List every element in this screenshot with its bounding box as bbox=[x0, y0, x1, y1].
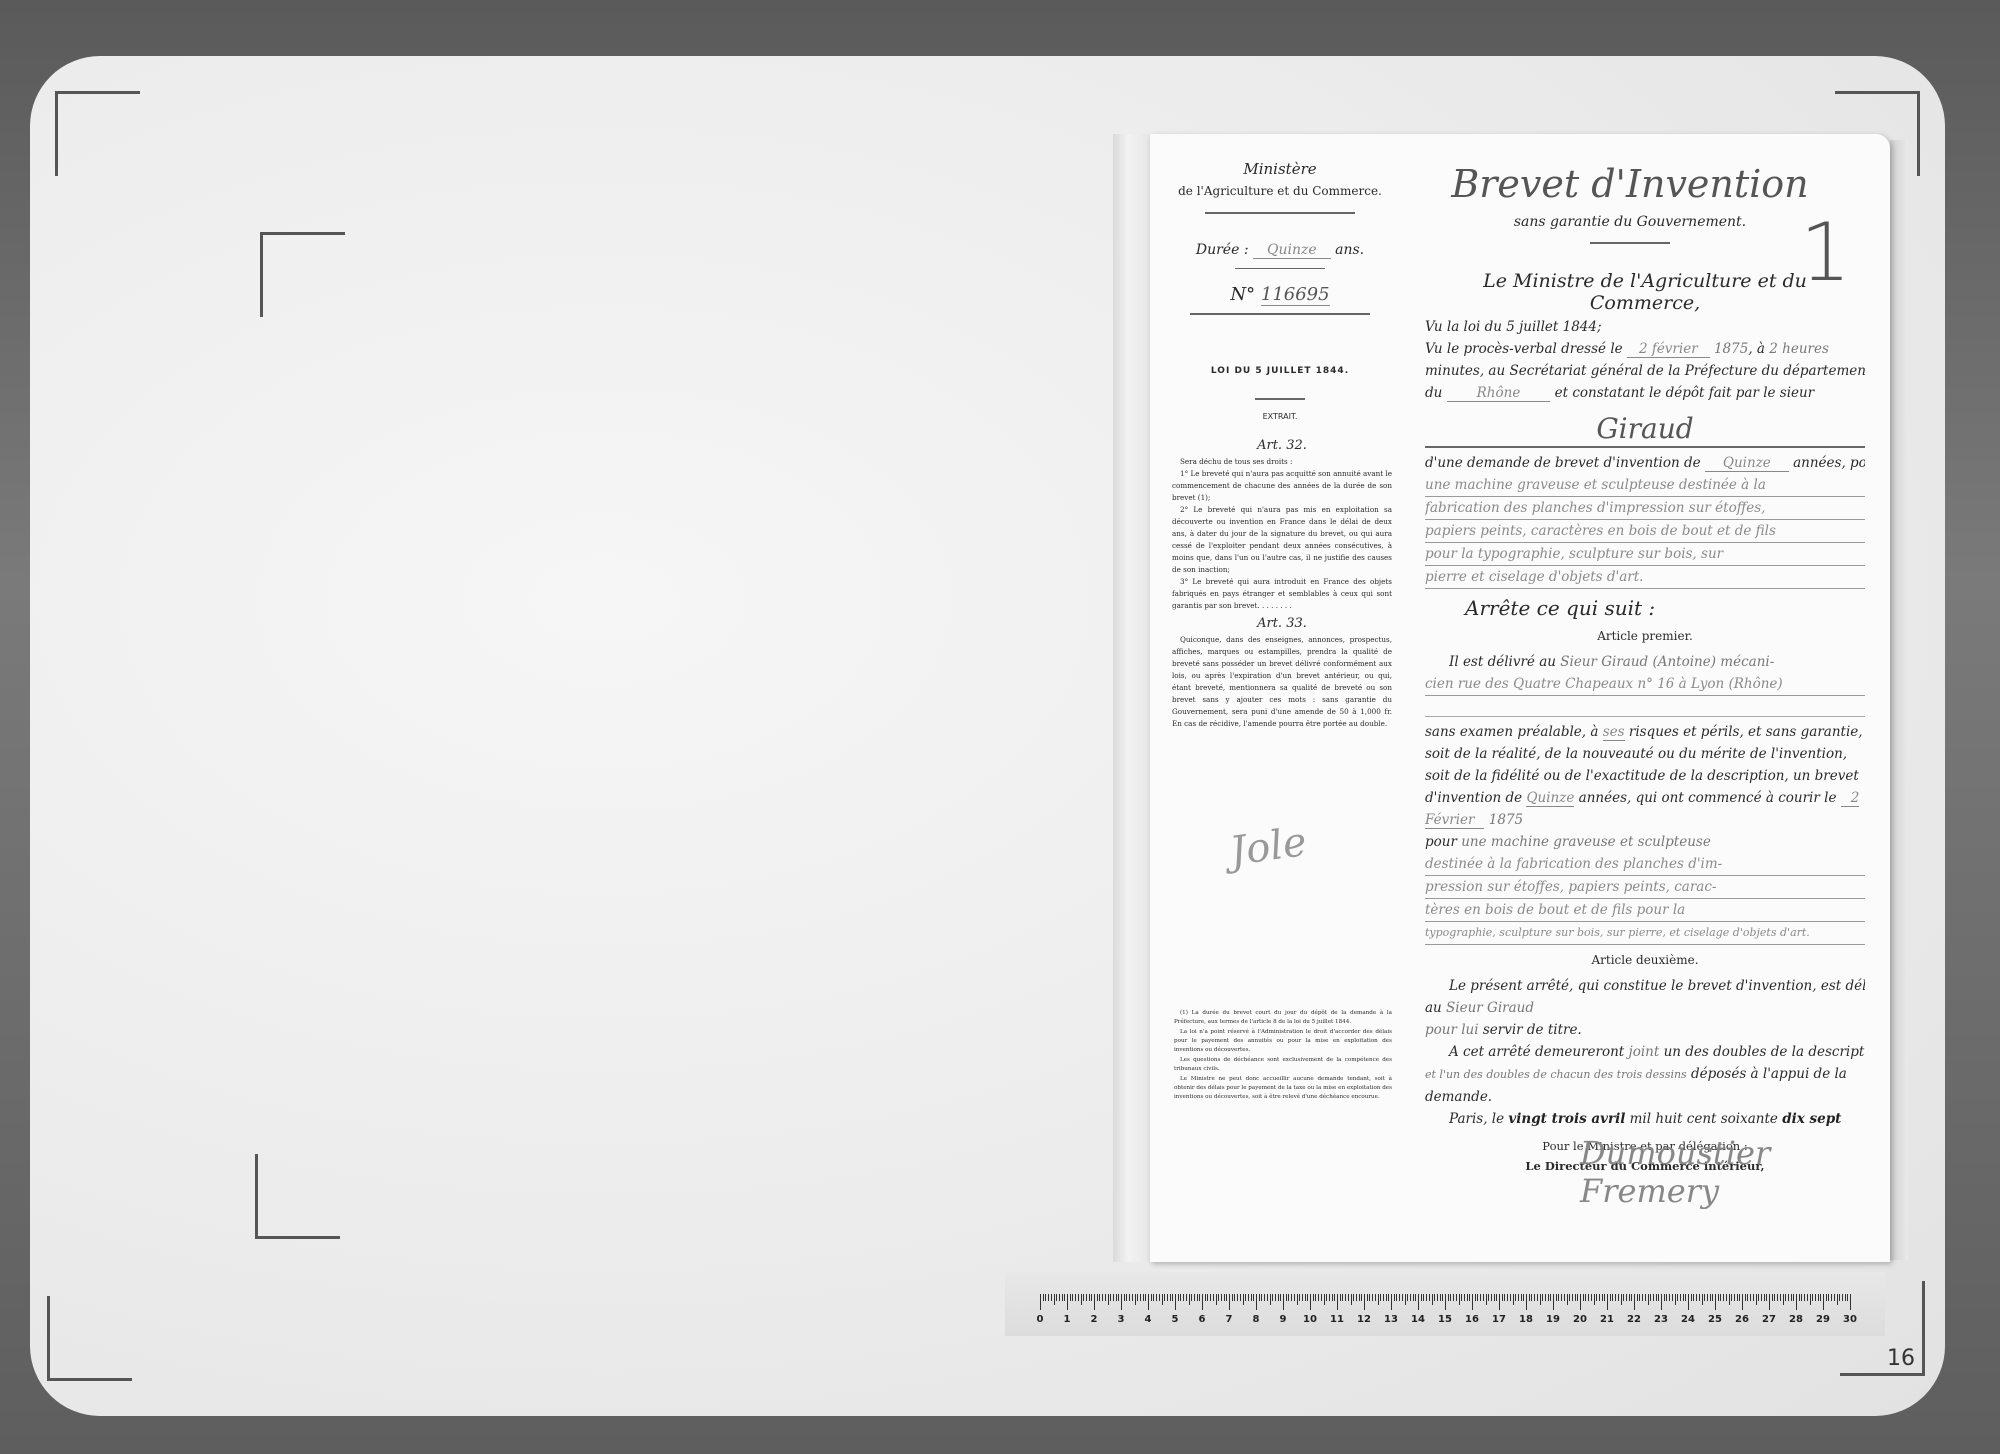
ruler-tick bbox=[1837, 1294, 1838, 1305]
beneficiary-line: Sieur Giraud (Antoine) mécani- bbox=[1560, 654, 1774, 670]
ruler-tick bbox=[1137, 1294, 1138, 1301]
ruler-tick bbox=[1118, 1294, 1119, 1301]
ruler-tick bbox=[1696, 1294, 1697, 1301]
ruler-tick bbox=[1745, 1294, 1746, 1301]
patent-number: 116695 bbox=[1261, 284, 1330, 306]
ruler-tick bbox=[1418, 1294, 1419, 1310]
ruler-tick bbox=[1637, 1294, 1638, 1301]
invention-line: papiers peints, caractères en bois de bo… bbox=[1425, 520, 1865, 543]
ruler-tick bbox=[1710, 1294, 1711, 1301]
ruler-tick bbox=[1496, 1294, 1497, 1301]
ruler-tick bbox=[1216, 1294, 1217, 1305]
ruler-tick bbox=[1720, 1294, 1721, 1301]
ruler-tick bbox=[1143, 1294, 1144, 1301]
ruler-label: 27 bbox=[1762, 1314, 1776, 1325]
ruler-tick bbox=[1548, 1294, 1549, 1301]
ruler-tick bbox=[1280, 1294, 1281, 1301]
ruler-tick bbox=[1342, 1294, 1343, 1301]
ruler-tick bbox=[1629, 1294, 1630, 1301]
ruler-tick bbox=[1726, 1294, 1727, 1301]
ruler-tick bbox=[1305, 1294, 1306, 1301]
ruler-tick bbox=[1097, 1294, 1098, 1301]
ruler-tick bbox=[1329, 1294, 1330, 1301]
ruler-tick bbox=[1791, 1294, 1792, 1301]
ruler-tick bbox=[1675, 1294, 1676, 1305]
divider bbox=[1255, 398, 1305, 400]
crop-mark-inner-top-left bbox=[260, 232, 345, 317]
depositor-name: Giraud bbox=[1425, 412, 1865, 448]
ruler-tick bbox=[1818, 1294, 1819, 1301]
ruler-tick bbox=[1567, 1294, 1568, 1305]
ruler-label: 9 bbox=[1280, 1314, 1287, 1325]
ruler-tick bbox=[1251, 1294, 1252, 1301]
ruler-label: 20 bbox=[1573, 1314, 1587, 1325]
ruler-tick bbox=[1413, 1294, 1414, 1301]
text: déposés à l'appui de la bbox=[1691, 1066, 1847, 1082]
ruler-tick bbox=[1324, 1294, 1325, 1305]
director-signature: Dumoustier Fremery bbox=[1580, 1134, 1890, 1210]
ruler-tick bbox=[1550, 1294, 1551, 1301]
ruler-label: 7 bbox=[1226, 1314, 1233, 1325]
ruler-tick bbox=[1515, 1294, 1516, 1301]
ruler-tick bbox=[1367, 1294, 1368, 1301]
demande-duration: Quinze bbox=[1705, 455, 1789, 472]
footnotes: (1) La durée du brevet court du jour du … bbox=[1174, 1009, 1392, 1103]
ruler-tick bbox=[1175, 1294, 1176, 1310]
ruler-tick bbox=[1831, 1294, 1832, 1301]
ruler-tick bbox=[1807, 1294, 1808, 1301]
blank-line bbox=[1425, 696, 1865, 717]
ruler-tick bbox=[1205, 1294, 1206, 1301]
text: pour bbox=[1425, 834, 1457, 850]
filing-year: 1875 bbox=[1714, 341, 1748, 357]
ruler-label: 15 bbox=[1438, 1314, 1452, 1325]
ruler-tick bbox=[1121, 1294, 1122, 1310]
ruler-tick bbox=[1253, 1294, 1254, 1301]
ruler-tick bbox=[1715, 1294, 1716, 1310]
ruler-tick bbox=[1756, 1294, 1757, 1305]
ruler-tick bbox=[1407, 1294, 1408, 1301]
ruler-tick bbox=[1102, 1294, 1103, 1301]
date-day: vingt trois avril bbox=[1508, 1111, 1625, 1127]
ruler-tick bbox=[1526, 1294, 1527, 1310]
text: joint bbox=[1629, 1044, 1660, 1060]
binding-spine bbox=[1113, 134, 1153, 1262]
ruler-tick bbox=[1302, 1294, 1303, 1301]
ruler-tick bbox=[1531, 1294, 1532, 1301]
crop-mark-bottom-left bbox=[47, 1296, 132, 1381]
ruler-tick bbox=[1672, 1294, 1673, 1301]
duration-label: Durée : bbox=[1196, 242, 1249, 258]
text: Paris, le bbox=[1449, 1111, 1504, 1127]
ruler-tick bbox=[1307, 1294, 1308, 1301]
ruler-tick bbox=[1261, 1294, 1262, 1301]
ruler-tick bbox=[1064, 1294, 1065, 1301]
divider bbox=[1205, 212, 1355, 214]
ruler-tick bbox=[1140, 1294, 1141, 1301]
footnote: Le Ministre ne peut donc accueillir aucu… bbox=[1174, 1075, 1392, 1102]
ruler-tick bbox=[1810, 1294, 1811, 1305]
ruler-label: 25 bbox=[1708, 1314, 1722, 1325]
ruler-label: 18 bbox=[1519, 1314, 1533, 1325]
ruler-tick bbox=[1615, 1294, 1616, 1301]
department-line: du Rhône et constatant le dépôt fait par… bbox=[1425, 382, 1865, 404]
ruler-tick bbox=[1048, 1294, 1049, 1301]
ruler-tick bbox=[1631, 1294, 1632, 1301]
ruler-label: 26 bbox=[1735, 1314, 1749, 1325]
ruler-tick bbox=[1642, 1294, 1643, 1301]
ruler-tick bbox=[1297, 1294, 1298, 1305]
ruler-tick bbox=[1202, 1294, 1203, 1310]
ruler-tick bbox=[1078, 1294, 1079, 1301]
ruler-tick bbox=[1372, 1294, 1373, 1301]
ruler-tick bbox=[1299, 1294, 1300, 1301]
ruler-tick bbox=[1621, 1294, 1622, 1305]
arrete-heading: Arrête ce qui suit : bbox=[1465, 597, 1865, 619]
extract-label: EXTRAIT. bbox=[1170, 408, 1390, 421]
ruler-tick bbox=[1364, 1294, 1365, 1310]
ruler-tick bbox=[1510, 1294, 1511, 1301]
ruler-tick bbox=[1683, 1294, 1684, 1301]
ruler-tick bbox=[1396, 1294, 1397, 1301]
ruler-label: 30 bbox=[1843, 1314, 1857, 1325]
vu-line2: minutes, au Secrétariat général de la Pr… bbox=[1425, 360, 1865, 382]
ruler-tick bbox=[1704, 1294, 1705, 1301]
minister-heading: Le Ministre de l'Agriculture et du Comme… bbox=[1425, 270, 1865, 314]
crop-mark-inner-bottom-left bbox=[255, 1154, 340, 1239]
ruler-tick bbox=[1386, 1294, 1387, 1301]
ruler-tick bbox=[1712, 1294, 1713, 1301]
duration-unit: ans. bbox=[1335, 242, 1364, 258]
date-line: Paris, le vingt trois avril mil huit cen… bbox=[1425, 1108, 1865, 1130]
art32-para: 3° Le breveté qui aura introduit en Fran… bbox=[1172, 576, 1392, 612]
ruler-tick bbox=[1170, 1294, 1171, 1301]
document-subtitle: sans garantie du Gouvernement. bbox=[1410, 214, 1850, 244]
risques-owner: ses bbox=[1603, 724, 1625, 741]
ruler-tick bbox=[1383, 1294, 1384, 1301]
ruler-tick bbox=[1375, 1294, 1376, 1301]
article1-invention: tères en bois de bout et de fils pour la bbox=[1425, 899, 1865, 922]
ruler-tick bbox=[1099, 1294, 1100, 1301]
divider bbox=[1190, 313, 1370, 315]
ruler-tick bbox=[1742, 1294, 1743, 1310]
ruler-tick bbox=[1523, 1294, 1524, 1301]
ruler-tick bbox=[1785, 1294, 1786, 1301]
crop-mark-top-left bbox=[55, 91, 140, 176]
ruler-tick bbox=[1764, 1294, 1765, 1301]
ruler-tick bbox=[1477, 1294, 1478, 1301]
filing-hour: 2 heures bbox=[1769, 341, 1829, 357]
ruler-tick bbox=[1718, 1294, 1719, 1301]
ruler-tick bbox=[1594, 1294, 1595, 1305]
ruler-tick bbox=[1542, 1294, 1543, 1301]
art32-para: 1° Le breveté qui n'aura pas acquitté so… bbox=[1172, 468, 1392, 504]
ruler-tick bbox=[1334, 1294, 1335, 1301]
subtitle-text: sans garantie du Gouvernement. bbox=[1514, 214, 1746, 230]
ruler-tick bbox=[1780, 1294, 1781, 1301]
ruler-tick bbox=[1313, 1294, 1314, 1301]
ruler-tick bbox=[1135, 1294, 1136, 1305]
ruler-tick bbox=[1488, 1294, 1489, 1301]
ruler-tick bbox=[1569, 1294, 1570, 1301]
ruler-tick bbox=[1507, 1294, 1508, 1301]
ruler-tick bbox=[1159, 1294, 1160, 1301]
ruler-tick bbox=[1226, 1294, 1227, 1301]
ruler-tick bbox=[1105, 1294, 1106, 1301]
beneficiary-line: cien rue des Quatre Chapeaux n° 16 à Lyo… bbox=[1425, 673, 1865, 696]
ruler-tick bbox=[1240, 1294, 1241, 1301]
ruler-tick bbox=[1132, 1294, 1133, 1301]
ruler-tick bbox=[1070, 1294, 1071, 1301]
ruler-tick bbox=[1645, 1294, 1646, 1301]
ruler-tick bbox=[1218, 1294, 1219, 1301]
ruler-tick bbox=[1197, 1294, 1198, 1301]
ruler-tick bbox=[1558, 1294, 1559, 1301]
ruler-tick bbox=[1483, 1294, 1484, 1301]
ruler-tick bbox=[1591, 1294, 1592, 1301]
ruler-tick bbox=[1793, 1294, 1794, 1301]
ruler-tick bbox=[1537, 1294, 1538, 1301]
ruler-tick bbox=[1847, 1294, 1848, 1301]
ruler-tick bbox=[1259, 1294, 1260, 1301]
ruler-tick bbox=[1361, 1294, 1362, 1301]
ministry-title: Ministère bbox=[1170, 160, 1390, 178]
text: Il est délivré au bbox=[1449, 654, 1556, 670]
ruler-tick bbox=[1072, 1294, 1073, 1301]
annex-handwritten: et l'un des doubles de chacun des trois … bbox=[1425, 1068, 1687, 1081]
ruler-tick bbox=[1045, 1294, 1046, 1301]
ruler-tick bbox=[1731, 1294, 1732, 1301]
ruler-tick bbox=[1340, 1294, 1341, 1301]
ruler-tick bbox=[1788, 1294, 1789, 1301]
ruler-tick bbox=[1248, 1294, 1249, 1301]
invention-line: pour la typographie, sculpture sur bois,… bbox=[1425, 543, 1865, 566]
ruler-label: 2 bbox=[1091, 1314, 1098, 1325]
ruler-tick bbox=[1842, 1294, 1843, 1301]
ruler-tick bbox=[1145, 1294, 1146, 1301]
ruler-tick bbox=[1310, 1294, 1311, 1310]
article1-pour: pour une machine graveuse et sculpteuse bbox=[1425, 831, 1865, 853]
ruler-tick bbox=[1126, 1294, 1127, 1301]
ruler-tick bbox=[1243, 1294, 1244, 1305]
ruler-tick bbox=[1677, 1294, 1678, 1301]
ruler-label: 21 bbox=[1600, 1314, 1614, 1325]
ruler-tick bbox=[1040, 1294, 1041, 1310]
page-number-mark: 16 bbox=[1887, 1346, 1915, 1371]
ruler-tick bbox=[1423, 1294, 1424, 1301]
text: années, qui ont commencé à courir le bbox=[1579, 790, 1837, 806]
ruler-tick bbox=[1504, 1294, 1505, 1301]
ruler-tick bbox=[1491, 1294, 1492, 1301]
article2-body: Le présent arrêté, qui constitue le brev… bbox=[1425, 975, 1865, 997]
ruler-tick bbox=[1769, 1294, 1770, 1310]
ruler-tick bbox=[1602, 1294, 1603, 1301]
ruler-tick bbox=[1267, 1294, 1268, 1301]
footnote: La loi n'a point réservé à l'Administrat… bbox=[1174, 1028, 1392, 1055]
ruler-tick bbox=[1815, 1294, 1816, 1301]
ruler-tick bbox=[1194, 1294, 1195, 1301]
ruler-tick bbox=[1693, 1294, 1694, 1301]
ruler-tick bbox=[1399, 1294, 1400, 1301]
ruler-tick bbox=[1405, 1294, 1406, 1305]
ruler-tick bbox=[1110, 1294, 1111, 1301]
ruler-tick bbox=[1804, 1294, 1805, 1301]
ruler-tick bbox=[1224, 1294, 1225, 1301]
ruler-tick bbox=[1221, 1294, 1222, 1301]
ruler-tick bbox=[1178, 1294, 1179, 1301]
ruler-tick bbox=[1820, 1294, 1821, 1301]
start-year: 1875 bbox=[1489, 812, 1523, 828]
ruler-tick bbox=[1545, 1294, 1546, 1301]
ruler-tick bbox=[1564, 1294, 1565, 1301]
ruler-tick bbox=[1737, 1294, 1738, 1301]
date-year: dix sept bbox=[1782, 1111, 1841, 1127]
ruler-tick bbox=[1153, 1294, 1154, 1301]
ruler-tick bbox=[1729, 1294, 1730, 1305]
article-1-title: Article premier. bbox=[1425, 625, 1865, 647]
vu-loi: Vu la loi du 5 juillet 1844; bbox=[1425, 316, 1865, 338]
ruler-tick bbox=[1845, 1294, 1846, 1301]
ruler-tick bbox=[1796, 1294, 1797, 1310]
ruler-tick bbox=[1680, 1294, 1681, 1301]
article1-duration: Quinze bbox=[1526, 790, 1574, 807]
ruler-tick bbox=[1043, 1294, 1044, 1301]
vu-proces-verbal: Vu le procès-verbal dressé le 2 février … bbox=[1425, 338, 1865, 360]
ruler-tick bbox=[1648, 1294, 1649, 1305]
ruler-tick bbox=[1599, 1294, 1600, 1301]
ruler-tick bbox=[1151, 1294, 1152, 1301]
ruler-tick bbox=[1199, 1294, 1200, 1301]
ruler-tick bbox=[1702, 1294, 1703, 1305]
ruler-tick bbox=[1639, 1294, 1640, 1301]
text: du bbox=[1425, 385, 1442, 401]
ruler-tick bbox=[1604, 1294, 1605, 1301]
ruler-tick bbox=[1685, 1294, 1686, 1301]
text: Vu le procès-verbal dressé le bbox=[1425, 341, 1623, 357]
art32-para: 2° Le breveté qui n'aura pas mis en expl… bbox=[1172, 504, 1392, 576]
article1-invention: typographie, sculpture sur bois, sur pie… bbox=[1425, 922, 1865, 945]
ruler-tick bbox=[1124, 1294, 1125, 1301]
text: mil huit cent soixante bbox=[1630, 1111, 1778, 1127]
article1-invention: une machine graveuse et sculpteuse bbox=[1461, 834, 1711, 850]
ruler-tick bbox=[1747, 1294, 1748, 1301]
ruler-tick bbox=[1691, 1294, 1692, 1301]
ruler-tick bbox=[1234, 1294, 1235, 1301]
department-value: Rhône bbox=[1447, 385, 1551, 402]
ruler-tick bbox=[1183, 1294, 1184, 1301]
text: un des doubles de la description bbox=[1664, 1044, 1865, 1060]
ruler-tick bbox=[1437, 1294, 1438, 1301]
ruler-tick bbox=[1540, 1294, 1541, 1305]
ruler-label: 5 bbox=[1172, 1314, 1179, 1325]
ruler-tick bbox=[1129, 1294, 1130, 1301]
ruler-label: 6 bbox=[1199, 1314, 1206, 1325]
ruler-tick bbox=[1148, 1294, 1149, 1310]
ruler-tick bbox=[1772, 1294, 1773, 1301]
ruler-tick bbox=[1588, 1294, 1589, 1301]
ruler-tick bbox=[1723, 1294, 1724, 1301]
ruler-tick bbox=[1083, 1294, 1084, 1301]
ruler-tick bbox=[1337, 1294, 1338, 1310]
ruler-label: 8 bbox=[1253, 1314, 1260, 1325]
ruler-label: 14 bbox=[1411, 1314, 1425, 1325]
text: A cet arrêté demeureront bbox=[1449, 1044, 1624, 1060]
article-33-title: Art. 33. bbox=[1172, 618, 1392, 630]
ruler-tick bbox=[1656, 1294, 1657, 1301]
ruler-tick bbox=[1237, 1294, 1238, 1301]
ruler-label: 16 bbox=[1465, 1314, 1479, 1325]
article1-invention: destinée à la fabrication des planches d… bbox=[1425, 853, 1865, 876]
ruler-tick bbox=[1434, 1294, 1435, 1301]
article-32-title: Art. 32. bbox=[1172, 440, 1392, 452]
extract-text: EXTRAIT. bbox=[1263, 412, 1298, 421]
ruler-tick bbox=[1415, 1294, 1416, 1301]
ruler-tick bbox=[1750, 1294, 1751, 1301]
ruler-tick bbox=[1664, 1294, 1665, 1301]
ruler-tick bbox=[1288, 1294, 1289, 1301]
ruler-tick bbox=[1426, 1294, 1427, 1301]
duration-field: Durée : Quinze ans. bbox=[1170, 242, 1390, 269]
ruler-tick bbox=[1618, 1294, 1619, 1301]
text: servir de titre. bbox=[1483, 1022, 1582, 1038]
article1-invention: pression sur étoffes, papiers peints, ca… bbox=[1425, 876, 1865, 899]
ruler-label: 19 bbox=[1546, 1314, 1560, 1325]
ruler-scale: 0123456789101112131415161718192021222324… bbox=[1040, 1294, 1850, 1332]
text: , à bbox=[1748, 341, 1765, 357]
ruler-tick bbox=[1356, 1294, 1357, 1301]
ruler-tick bbox=[1561, 1294, 1562, 1301]
measurement-ruler: 0123456789101112131415161718192021222324… bbox=[1005, 1272, 1885, 1336]
ruler-tick bbox=[1378, 1294, 1379, 1305]
text: pour lui bbox=[1425, 1022, 1479, 1038]
ruler-tick bbox=[1440, 1294, 1441, 1301]
ruler-tick bbox=[1521, 1294, 1522, 1301]
ruler-tick bbox=[1850, 1294, 1851, 1310]
ruler-tick bbox=[1321, 1294, 1322, 1301]
footnote: (1) La durée du brevet court du jour du … bbox=[1174, 1009, 1392, 1027]
law-extract: Art. 32. Sera déchu de tous ses droits :… bbox=[1172, 434, 1392, 730]
ruler-tick bbox=[1345, 1294, 1346, 1301]
ruler-tick bbox=[1513, 1294, 1514, 1305]
article2-recipient: Sieur Giraud bbox=[1446, 1000, 1534, 1016]
ruler-tick bbox=[1245, 1294, 1246, 1301]
ruler-label: 10 bbox=[1303, 1314, 1317, 1325]
annex-line-2: et l'un des doubles de chacun des trois … bbox=[1425, 1063, 1865, 1086]
ruler-tick bbox=[1529, 1294, 1530, 1301]
patent-body: Le Ministre de l'Agriculture et du Comme… bbox=[1425, 270, 1865, 1176]
ruler-label: 11 bbox=[1330, 1314, 1344, 1325]
patent-number-field: N° 116695 bbox=[1170, 284, 1390, 315]
law-heading: LOI DU 5 JUILLET 1844. bbox=[1170, 366, 1390, 376]
ruler-tick bbox=[1421, 1294, 1422, 1301]
article2-titre: pour lui servir de titre. bbox=[1425, 1019, 1865, 1041]
ruler-tick bbox=[1445, 1294, 1446, 1310]
ruler-tick bbox=[1626, 1294, 1627, 1301]
ruler-tick bbox=[1828, 1294, 1829, 1301]
ruler-tick bbox=[1167, 1294, 1168, 1301]
ruler-tick bbox=[1054, 1294, 1055, 1305]
ruler-tick bbox=[1480, 1294, 1481, 1301]
document-title: Brevet d'Invention bbox=[1410, 162, 1850, 206]
ruler-tick bbox=[1486, 1294, 1487, 1305]
ruler-tick bbox=[1191, 1294, 1192, 1301]
ruler-tick bbox=[1172, 1294, 1173, 1301]
ruler-tick bbox=[1326, 1294, 1327, 1301]
ruler-tick bbox=[1113, 1294, 1114, 1301]
ruler-tick bbox=[1051, 1294, 1052, 1301]
ruler-tick bbox=[1580, 1294, 1581, 1310]
ruler-tick bbox=[1699, 1294, 1700, 1301]
